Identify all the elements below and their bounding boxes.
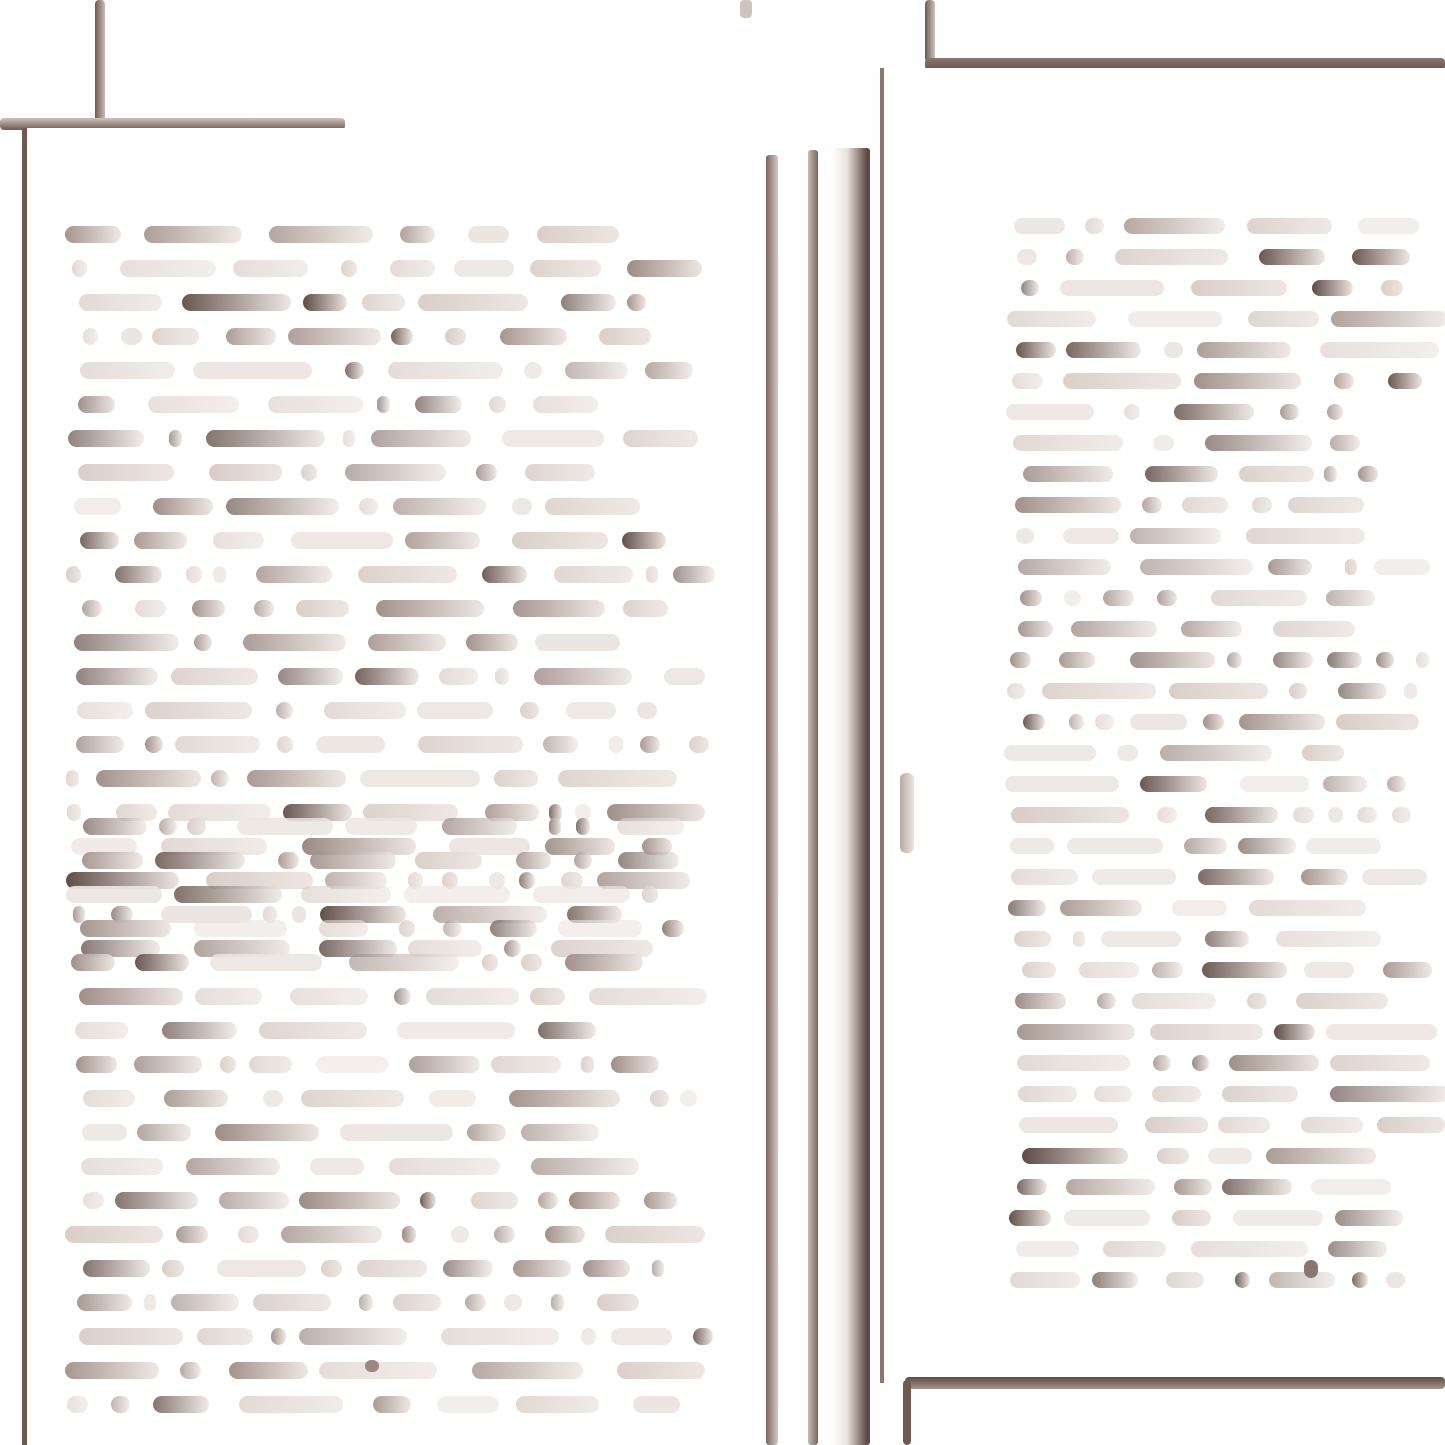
- text-stroke: [1019, 1117, 1118, 1133]
- text-stroke: [195, 988, 262, 1005]
- text-stroke: [193, 362, 312, 379]
- text-stroke: [611, 1328, 672, 1345]
- text-stroke: [1334, 373, 1354, 389]
- text-stroke: [249, 1056, 292, 1073]
- text-stroke: [1172, 900, 1227, 916]
- text-stroke: [1023, 714, 1044, 730]
- text-stroke: [1191, 1241, 1308, 1257]
- text-stroke: [269, 226, 373, 243]
- text-stroke: [175, 736, 260, 753]
- text-stroke: [472, 1362, 583, 1379]
- text-stroke: [1124, 404, 1140, 420]
- text-stroke: [377, 396, 390, 413]
- text-stroke: [1013, 435, 1123, 451]
- text-stroke: [1005, 776, 1119, 792]
- text-stroke: [171, 1294, 239, 1311]
- text-stroke: [1145, 1117, 1208, 1133]
- text-stroke: [1381, 280, 1403, 296]
- text-stroke: [1293, 807, 1313, 823]
- text-stroke: [1130, 714, 1187, 730]
- text-stroke: [1222, 1179, 1292, 1195]
- text-stroke: [1301, 869, 1348, 885]
- text-stroke: [1164, 342, 1183, 358]
- text-stroke: [359, 498, 378, 515]
- text-stroke: [358, 566, 457, 583]
- text-stroke: [68, 430, 144, 447]
- text-stroke: [217, 1260, 306, 1277]
- text-stroke: [148, 396, 239, 413]
- text-stroke: [345, 818, 418, 835]
- text-stroke: [533, 396, 599, 413]
- text-stroke: [290, 988, 367, 1005]
- text-stroke: [76, 1056, 117, 1073]
- text-stroke: [1059, 652, 1096, 668]
- text-stroke: [80, 920, 171, 937]
- text-stroke: [662, 920, 684, 937]
- text-stroke: [357, 1260, 427, 1277]
- text-stroke: [65, 1226, 163, 1243]
- text-stroke: [1273, 652, 1313, 668]
- text-stroke: [134, 1056, 202, 1073]
- text-stroke: [465, 1294, 485, 1311]
- text-stroke: [1235, 1272, 1250, 1288]
- text-stroke: [1280, 404, 1299, 420]
- text-stroke: [1007, 683, 1025, 699]
- text-stroke: [551, 1294, 564, 1311]
- text-stroke: [1166, 1272, 1204, 1288]
- text-stroke: [530, 988, 565, 1005]
- text-stroke: [1386, 1272, 1406, 1288]
- text-stroke: [442, 818, 517, 835]
- text-stroke: [1377, 1117, 1445, 1133]
- text-stroke: [1274, 1024, 1314, 1040]
- text-stroke: [144, 1294, 156, 1311]
- text-stroke: [1022, 962, 1056, 978]
- text-stroke: [513, 1260, 571, 1277]
- text-stroke: [530, 260, 601, 277]
- page-number-mark: [1304, 1260, 1318, 1278]
- text-stroke: [243, 634, 346, 651]
- text-stroke: [617, 818, 684, 835]
- text-stroke: [1301, 1117, 1363, 1133]
- text-stroke: [1218, 1117, 1271, 1133]
- text-stroke: [583, 1260, 631, 1277]
- text-stroke: [1015, 497, 1121, 513]
- text-stroke: [74, 498, 121, 515]
- text-stroke: [471, 1192, 518, 1209]
- text-stroke: [405, 532, 480, 549]
- text-stroke: [538, 1022, 596, 1039]
- text-stroke: [111, 1396, 130, 1413]
- text-stroke: [1130, 528, 1221, 544]
- text-stroke: [468, 226, 509, 243]
- text-stroke: [693, 1328, 713, 1345]
- text-stroke: [1239, 714, 1326, 730]
- text-stroke: [171, 668, 258, 685]
- text-stroke: [239, 1396, 342, 1413]
- margin-tab: [900, 773, 914, 853]
- text-stroke: [1306, 838, 1381, 854]
- text-stroke: [1011, 869, 1078, 885]
- text-stroke: [162, 1260, 184, 1277]
- text-stroke: [355, 668, 419, 685]
- text-stroke: [72, 260, 87, 277]
- text-stroke: [1252, 497, 1272, 513]
- text-stroke: [1345, 559, 1357, 575]
- text-stroke: [650, 1090, 669, 1107]
- text-stroke: [359, 1294, 373, 1311]
- text-stroke: [1269, 1272, 1335, 1288]
- text-stroke: [281, 1226, 383, 1243]
- text-stroke: [1330, 435, 1360, 451]
- text-stroke: [418, 736, 523, 753]
- text-stroke: [75, 1022, 128, 1039]
- text-stroke: [96, 770, 201, 787]
- text-stroke: [206, 430, 325, 447]
- text-stroke: [611, 1056, 659, 1073]
- text-stroke: [1006, 404, 1095, 420]
- text-stroke: [219, 1192, 289, 1209]
- text-stroke: [1160, 745, 1272, 761]
- text-stroke: [194, 634, 212, 651]
- text-stroke: [135, 954, 189, 971]
- text-stroke: [491, 1056, 561, 1073]
- text-stroke: [1197, 342, 1292, 358]
- text-stroke: [500, 328, 568, 345]
- text-stroke: [362, 294, 405, 311]
- text-stroke: [429, 1090, 476, 1107]
- text-stroke: [521, 1124, 599, 1141]
- text-stroke: [67, 1396, 88, 1413]
- text-stroke: [1014, 218, 1066, 234]
- text-stroke: [65, 1362, 159, 1379]
- text-stroke: [404, 886, 510, 903]
- text-stroke: [531, 1158, 639, 1175]
- text-stroke: [276, 702, 293, 719]
- text-stroke: [1060, 280, 1163, 296]
- text-stroke: [1071, 621, 1158, 637]
- text-stroke: [1205, 435, 1312, 451]
- text-stroke: [66, 566, 81, 583]
- text-stroke: [1323, 776, 1368, 792]
- text-stroke: [296, 600, 349, 617]
- text-stroke: [120, 260, 216, 277]
- text-stroke: [301, 1090, 404, 1107]
- text-stroke: [288, 328, 381, 345]
- text-stroke: [345, 464, 446, 481]
- text-stroke: [1172, 1210, 1211, 1226]
- text-stroke: [1247, 218, 1332, 234]
- text-stroke: [420, 1192, 436, 1209]
- text-stroke: [291, 532, 392, 549]
- text-stroke: [299, 1328, 407, 1345]
- text-stroke: [1327, 652, 1362, 668]
- text-stroke: [162, 1022, 237, 1039]
- text-stroke: [437, 1396, 499, 1413]
- text-stroke: [415, 396, 462, 413]
- text-stroke: [145, 736, 163, 753]
- text-stroke: [1150, 1024, 1263, 1040]
- text-stroke: [301, 464, 316, 481]
- text-stroke: [66, 886, 162, 903]
- bottom-right-page-fragment-left-edge: [903, 1380, 911, 1445]
- text-stroke: [1326, 590, 1374, 606]
- text-stroke: [1174, 404, 1254, 420]
- text-stroke: [1140, 776, 1208, 792]
- text-stroke: [1066, 249, 1084, 265]
- text-stroke: [561, 294, 616, 311]
- text-stroke: [1358, 218, 1419, 234]
- text-stroke: [1142, 497, 1162, 513]
- book-illustration: [0, 0, 1445, 1445]
- text-stroke: [83, 1090, 136, 1107]
- text-stroke: [253, 1294, 331, 1311]
- text-stroke: [1203, 714, 1224, 730]
- text-stroke: [79, 1328, 183, 1345]
- page-number-dot: [365, 1360, 379, 1372]
- text-stroke: [187, 818, 206, 835]
- text-stroke: [617, 1362, 704, 1379]
- text-stroke: [1276, 931, 1381, 947]
- text-stroke: [211, 770, 229, 787]
- text-stroke: [1011, 807, 1128, 823]
- text-stroke: [1064, 1210, 1150, 1226]
- text-stroke: [1240, 776, 1309, 792]
- text-stroke: [268, 396, 363, 413]
- text-stroke: [1010, 652, 1031, 668]
- text-stroke: [689, 736, 709, 753]
- text-stroke: [233, 260, 309, 277]
- text-stroke: [1233, 1210, 1324, 1226]
- text-stroke: [186, 1158, 280, 1175]
- text-stroke: [159, 818, 177, 835]
- text-stroke: [66, 770, 78, 787]
- text-stroke: [135, 600, 166, 617]
- text-stroke: [1094, 1086, 1131, 1102]
- text-stroke: [565, 362, 628, 379]
- text-stroke: [247, 770, 346, 787]
- text-stroke: [341, 260, 357, 277]
- text-stroke: [1018, 1086, 1076, 1102]
- text-stroke: [609, 736, 623, 753]
- text-stroke: [1202, 962, 1287, 978]
- text-stroke: [144, 226, 242, 243]
- text-stroke: [256, 566, 332, 583]
- text-stroke: [83, 818, 147, 835]
- text-stroke: [605, 1226, 704, 1243]
- bottom-right-page-fragment-top-edge: [905, 1377, 1445, 1389]
- text-stroke: [389, 1158, 500, 1175]
- text-stroke: [182, 294, 291, 311]
- text-stroke: [1097, 993, 1116, 1009]
- text-stroke: [520, 702, 539, 719]
- text-stroke: [1182, 497, 1228, 513]
- left-page: [22, 128, 772, 1445]
- text-stroke: [489, 396, 506, 413]
- text-stroke: [533, 886, 630, 903]
- text-stroke: [349, 954, 459, 971]
- text-stroke: [278, 852, 299, 869]
- text-stroke: [545, 1226, 584, 1243]
- text-stroke: [1289, 683, 1307, 699]
- text-stroke: [549, 818, 561, 835]
- text-stroke: [1124, 218, 1226, 234]
- text-stroke: [277, 736, 293, 753]
- text-stroke: [316, 1056, 388, 1073]
- text-stroke: [153, 498, 213, 515]
- text-stroke: [1079, 962, 1140, 978]
- text-stroke: [1021, 280, 1039, 296]
- text-stroke: [1326, 1024, 1438, 1040]
- text-stroke: [467, 1124, 506, 1141]
- text-stroke: [1092, 869, 1176, 885]
- text-stroke: [76, 736, 124, 753]
- text-stroke: [153, 1396, 209, 1413]
- text-stroke: [426, 988, 519, 1005]
- text-stroke: [1194, 373, 1301, 389]
- text-stroke: [415, 852, 483, 869]
- text-stroke: [368, 634, 446, 651]
- text-stroke: [1259, 249, 1325, 265]
- text-stroke: [599, 328, 650, 345]
- text-stroke: [1017, 249, 1036, 265]
- text-stroke: [1358, 466, 1378, 482]
- text-stroke: [566, 702, 616, 719]
- text-stroke: [78, 464, 174, 481]
- text-stroke: [77, 702, 133, 719]
- text-stroke: [1383, 962, 1432, 978]
- text-stroke: [1014, 931, 1051, 947]
- text-stroke: [645, 362, 693, 379]
- text-stroke: [77, 1294, 131, 1311]
- text-stroke: [1330, 1055, 1430, 1071]
- text-stroke: [443, 1260, 493, 1277]
- text-stroke: [1066, 342, 1141, 358]
- text-stroke: [1017, 1024, 1135, 1040]
- text-stroke: [360, 770, 480, 787]
- text-stroke: [535, 634, 620, 651]
- top-right-page-fragment: [925, 0, 935, 62]
- text-stroke: [1246, 528, 1365, 544]
- text-stroke: [1010, 1272, 1081, 1288]
- text-stroke: [1328, 1241, 1386, 1257]
- text-stroke: [1103, 590, 1134, 606]
- text-stroke: [1063, 373, 1181, 389]
- text-stroke: [197, 1328, 254, 1345]
- text-stroke: [1012, 373, 1043, 389]
- text-stroke: [399, 920, 415, 937]
- text-stroke: [1009, 1210, 1052, 1226]
- text-stroke: [1208, 1148, 1252, 1164]
- text-stroke: [1169, 683, 1268, 699]
- text-stroke: [652, 1260, 664, 1277]
- text-stroke: [1416, 652, 1429, 668]
- text-stroke: [83, 1260, 150, 1277]
- text-stroke: [394, 988, 411, 1005]
- text-stroke: [640, 736, 660, 753]
- text-stroke: [1205, 807, 1278, 823]
- text-stroke: [391, 328, 412, 345]
- text-stroke: [476, 464, 497, 481]
- text-stroke: [1328, 807, 1342, 823]
- text-stroke: [441, 1328, 559, 1345]
- text-stroke: [1023, 466, 1114, 482]
- text-stroke: [237, 818, 333, 835]
- text-stroke: [1247, 993, 1268, 1009]
- text-stroke: [545, 498, 639, 515]
- text-stroke: [324, 702, 406, 719]
- text-stroke: [1352, 249, 1410, 265]
- text-stroke: [121, 328, 142, 345]
- text-stroke: [1312, 280, 1353, 296]
- text-stroke: [390, 260, 435, 277]
- text-stroke: [581, 1056, 594, 1073]
- text-stroke: [1174, 1179, 1212, 1195]
- text-stroke: [229, 1362, 308, 1379]
- text-stroke: [409, 1056, 480, 1073]
- text-stroke: [1095, 714, 1114, 730]
- text-stroke: [623, 600, 668, 617]
- text-stroke: [525, 464, 595, 481]
- left-page-text-block: [65, 226, 715, 746]
- text-stroke: [213, 566, 226, 583]
- text-stroke: [65, 226, 121, 243]
- text-stroke: [164, 1090, 228, 1107]
- text-stroke: [1004, 745, 1095, 761]
- text-stroke: [623, 430, 698, 447]
- text-stroke: [393, 498, 486, 515]
- text-stroke: [115, 1192, 198, 1209]
- text-stroke: [402, 1226, 416, 1243]
- text-stroke: [220, 1056, 236, 1073]
- text-stroke: [210, 954, 322, 971]
- text-stroke: [558, 920, 642, 937]
- text-stroke: [82, 600, 102, 617]
- text-stroke: [618, 852, 680, 869]
- text-stroke: [454, 260, 514, 277]
- text-stroke: [1227, 652, 1242, 668]
- text-stroke: [482, 566, 527, 583]
- text-stroke: [1092, 1272, 1138, 1288]
- text-stroke: [1376, 652, 1394, 668]
- text-stroke: [1387, 776, 1406, 792]
- text-stroke: [537, 226, 619, 243]
- text-stroke: [1152, 1086, 1202, 1102]
- text-stroke: [1238, 838, 1296, 854]
- text-stroke: [145, 702, 252, 719]
- text-stroke: [680, 1090, 698, 1107]
- text-stroke: [137, 1124, 191, 1141]
- text-stroke: [589, 988, 707, 1005]
- text-stroke: [83, 1192, 104, 1209]
- text-stroke: [1357, 807, 1377, 823]
- text-stroke: [1063, 528, 1119, 544]
- text-stroke: [259, 1022, 367, 1039]
- text-stroke: [1010, 838, 1053, 854]
- text-stroke: [443, 920, 462, 937]
- text-stroke: [1239, 466, 1314, 482]
- text-stroke: [509, 1090, 620, 1107]
- text-stroke: [1018, 559, 1112, 575]
- text-stroke: [134, 532, 187, 549]
- text-stroke: [418, 294, 528, 311]
- text-stroke: [226, 498, 339, 515]
- text-stroke: [192, 600, 225, 617]
- text-stroke: [642, 886, 658, 903]
- text-stroke: [180, 1362, 201, 1379]
- text-stroke: [1153, 1055, 1171, 1071]
- text-stroke: [373, 1396, 411, 1413]
